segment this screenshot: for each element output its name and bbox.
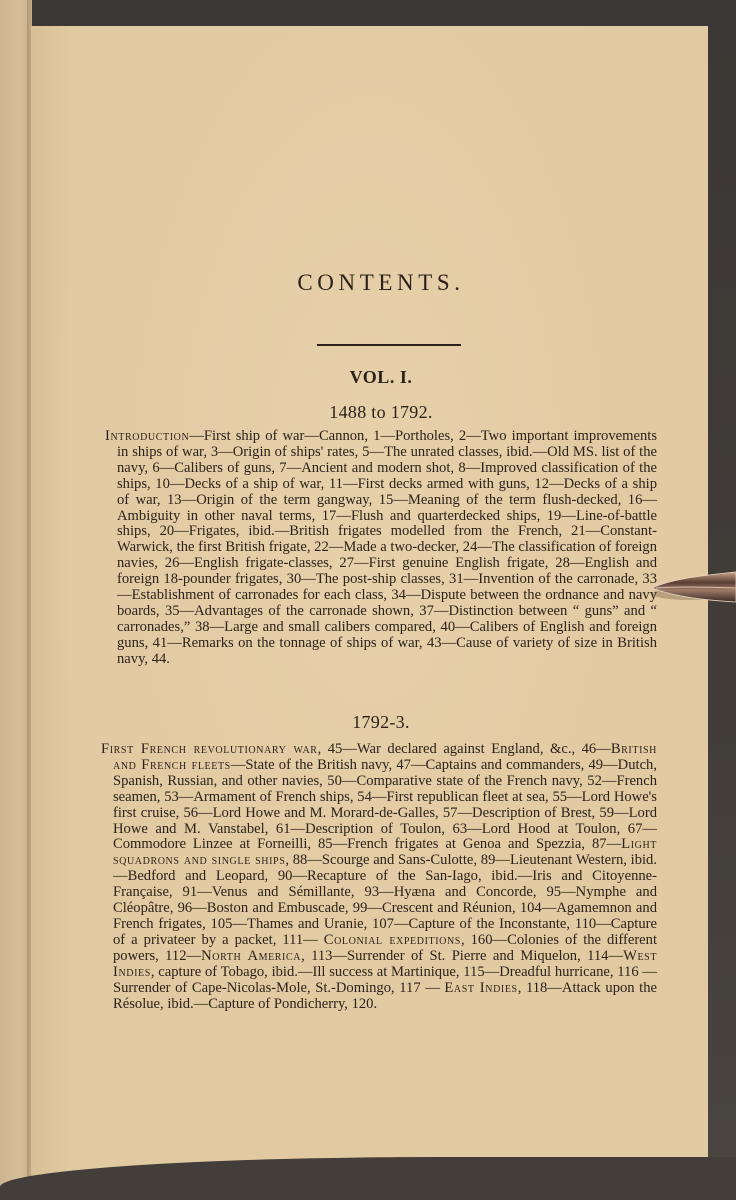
book-page: CONTENTS. VOL. I. 1488 to 1792. Introduc… <box>31 26 708 1180</box>
small-caps-heading: First French revolutionary war <box>101 741 318 757</box>
volume-heading: VOL. I. <box>105 367 657 388</box>
section-paragraph-1792: First French revolutionary war, 45—War d… <box>101 742 657 1012</box>
title-rule-divider <box>317 344 461 346</box>
entry-text: , 113—Surrender of St. Pierre and Miquel… <box>301 948 623 964</box>
small-caps-heading: East Indies <box>444 980 517 996</box>
entry-text: , 45—War declared against England, &c., … <box>318 741 611 757</box>
entry-text: —First ship of war—Cannon, 1—Portholes, … <box>117 428 657 667</box>
pen-tip-icon <box>650 568 736 604</box>
small-caps-heading: Introduction <box>105 428 189 444</box>
section-years-heading: 1488 to 1792. <box>105 402 657 423</box>
page-title: CONTENTS. <box>105 270 657 296</box>
photo-scene: CONTENTS. VOL. I. 1488 to 1792. Introduc… <box>0 0 736 1200</box>
small-caps-heading: Colonial expeditions <box>324 932 461 948</box>
section-years-heading: 1792-3. <box>105 712 657 733</box>
small-caps-heading: North America <box>201 948 301 964</box>
section-paragraph-introduction: Introduction—First ship of war—Cannon, 1… <box>105 429 657 668</box>
